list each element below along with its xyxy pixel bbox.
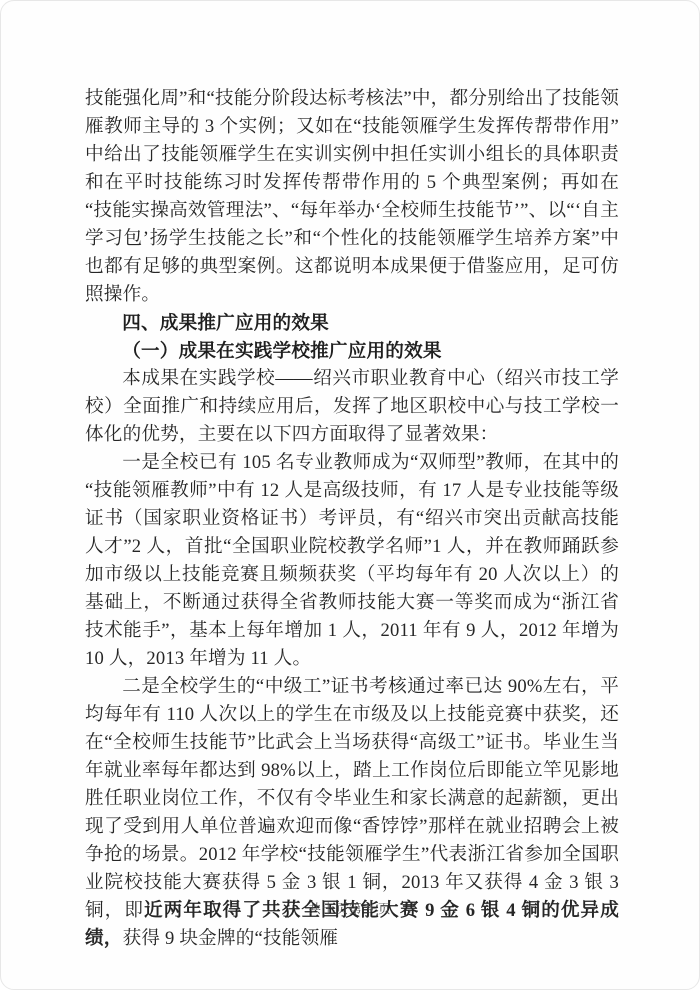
subsection-heading: （一）成果在实践学校推广应用的效果 [85, 337, 619, 365]
page-number-footer: 共十页第 9 页 [1, 899, 699, 917]
document-page: 技能强化周”和“技能分阶段达标考核法”中，都分别给出了技能领雁教师主导的 3 个… [0, 0, 700, 990]
paragraph-continuation: 技能强化周”和“技能分阶段达标考核法”中，都分别给出了技能领雁教师主导的 3 个… [85, 85, 619, 309]
document-body: 技能强化周”和“技能分阶段达标考核法”中，都分别给出了技能领雁教师主导的 3 个… [85, 85, 619, 953]
section-heading: 四、成果推广应用的效果 [85, 309, 619, 337]
paragraph-first-effect: 一是全校已有 105 名专业教师成为“双师型”教师，在其中的“技能领雁教师”中有… [85, 449, 619, 673]
paragraph-second-effect-tail-text: 获得 9 块金牌的“技能领雁 [123, 928, 339, 949]
paragraph-second-effect-text: 二是全校学生的“中级工”证书考核通过率已达 90%左右，平均每年有 110 人次… [85, 676, 619, 921]
paragraph-intro: 本成果在实践学校——绍兴市职业教育中心（绍兴市技工学校）全面推广和持续应用后，发… [85, 365, 619, 449]
